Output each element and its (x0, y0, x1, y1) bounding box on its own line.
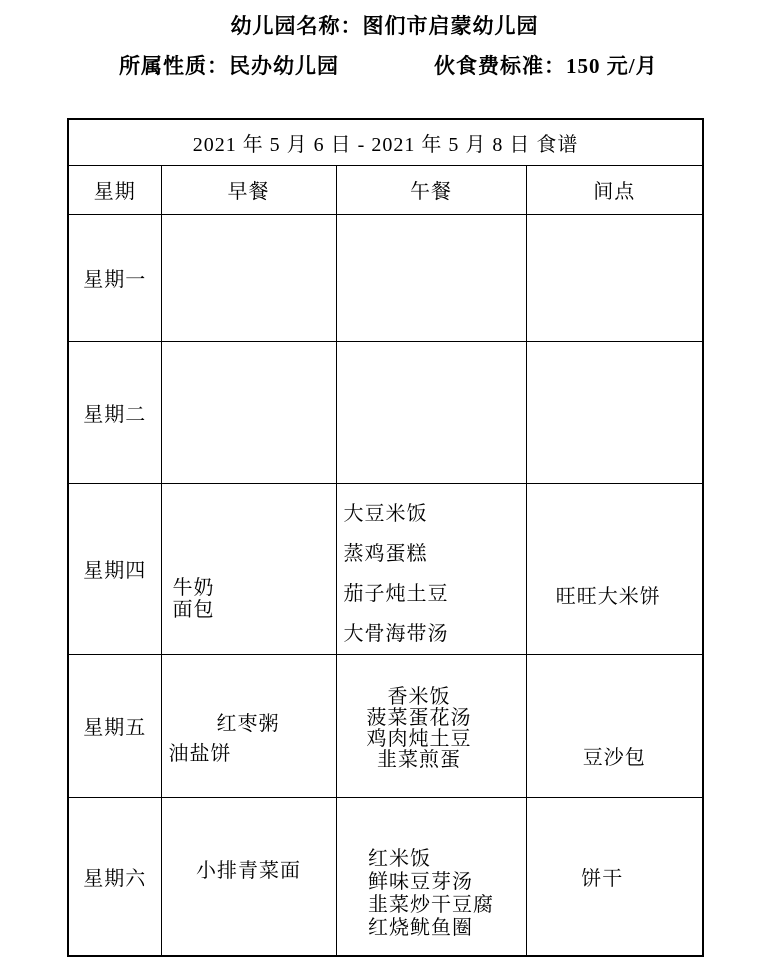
menu-item: 韭菜煎蛋 (336, 750, 514, 771)
snack-cell-monday (526, 214, 703, 341)
breakfast-cell-saturday: 小排青菜面 (161, 797, 336, 956)
table-row-thursday: 星期四 牛奶 面包 大豆米饭 蒸鸡蛋糕 茄子炖土豆 大骨海带汤 旺旺大米饼 (68, 483, 703, 654)
menu-item: 韭菜炒干豆腐 (368, 894, 494, 917)
ownership-nature-line: 所属性质：民办幼儿园 (119, 53, 339, 79)
menu-item: 红烧鱿鱼圈 (368, 917, 494, 940)
breakfast-cell-tuesday (161, 341, 336, 483)
breakfast-cell-friday: 红枣粥 油盐饼 (161, 654, 336, 797)
menu-item: 鸡肉炖土豆 (336, 729, 514, 750)
menu-date-title: 2021 年 5 月 6 日 - 2021 年 5 月 8 日 食谱 (68, 119, 703, 165)
lunch-cell-monday (336, 214, 526, 341)
table-header-row: 星期 早餐 午餐 间点 (68, 165, 703, 214)
snack-cell-thursday: 旺旺大米饼 (526, 483, 703, 654)
breakfast-items-friday: 红枣粥 油盐饼 (162, 683, 336, 769)
table-row-friday: 星期五 红枣粥 油盐饼 香米饭 菠菜蛋花汤 鸡肉炖土豆 韭菜煎蛋 豆沙包 (68, 654, 703, 797)
snack-item-friday: 豆沙包 (527, 682, 703, 770)
breakfast-cell-monday (161, 214, 336, 341)
day-label-friday: 星期五 (68, 654, 161, 797)
lunch-items-friday: 香米饭 菠菜蛋花汤 鸡肉炖土豆 韭菜煎蛋 (336, 680, 514, 771)
table-row-monday: 星期一 (68, 214, 703, 341)
table-row-saturday: 星期六 小排青菜面 红米饭 鲜味豆芽汤 韭菜炒干豆腐 红烧鱿鱼圈 饼干 (68, 797, 703, 956)
breakfast-items-thursday: 牛奶 面包 (162, 517, 336, 621)
table-title-row: 2021 年 5 月 6 日 - 2021 年 5 月 8 日 食谱 (68, 119, 703, 165)
lunch-cell-tuesday (336, 341, 526, 483)
snack-cell-tuesday (526, 341, 703, 483)
menu-item: 红枣粥 (217, 709, 336, 739)
day-label-tuesday: 星期二 (68, 341, 161, 483)
snack-cell-saturday: 饼干 (526, 797, 703, 956)
menu-table: 2021 年 5 月 6 日 - 2021 年 5 月 8 日 食谱 星期 早餐… (67, 118, 704, 957)
breakfast-cell-thursday: 牛奶 面包 (161, 483, 336, 654)
column-header-breakfast: 早餐 (161, 165, 336, 214)
menu-item: 面包 (173, 599, 336, 621)
snack-item-saturday: 饼干 (526, 862, 690, 891)
lunch-items-block: 红米饭 鲜味豆芽汤 韭菜炒干豆腐 红烧鱿鱼圈 (368, 848, 494, 940)
column-header-lunch: 午餐 (336, 165, 526, 214)
menu-item: 菠菜蛋花汤 (336, 708, 514, 729)
lunch-items-saturday: 红米饭 鲜味豆芽汤 韭菜炒干豆腐 红烧鱿鱼圈 (337, 812, 526, 940)
document-page: 幼儿园名称：图们市启蒙幼儿园 所属性质：民办幼儿园 伙食费标准：150 元/月 … (0, 0, 769, 961)
menu-item: 油盐饼 (169, 739, 336, 769)
day-label-saturday: 星期六 (68, 797, 161, 956)
day-label-monday: 星期一 (68, 214, 161, 341)
menu-item: 红米饭 (368, 848, 494, 871)
menu-item: 香米饭 (336, 687, 514, 708)
column-header-snack: 间点 (526, 165, 703, 214)
menu-item: 鲜味豆芽汤 (368, 871, 494, 894)
lunch-cell-thursday: 大豆米饭 蒸鸡蛋糕 茄子炖土豆 大骨海带汤 (336, 483, 526, 654)
lunch-items-thursday: 大豆米饭 蒸鸡蛋糕 茄子炖土豆 大骨海带汤 (337, 484, 526, 654)
day-label-thursday: 星期四 (68, 483, 161, 654)
menu-item: 大豆米饭 (344, 494, 526, 534)
snack-cell-friday: 豆沙包 (526, 654, 703, 797)
menu-item: 蒸鸡蛋糕 (344, 534, 526, 574)
column-header-day: 星期 (68, 165, 161, 214)
breakfast-items-saturday: 小排青菜面 (162, 854, 336, 883)
menu-item: 茄子炖土豆 (344, 574, 526, 614)
meal-fee-line: 伙食费标准：150 元/月 (434, 53, 658, 79)
lunch-cell-friday: 香米饭 菠菜蛋花汤 鸡肉炖土豆 韭菜煎蛋 (336, 654, 526, 797)
snack-item-thursday: 旺旺大米饼 (526, 529, 696, 609)
lunch-cell-saturday: 红米饭 鲜味豆芽汤 韭菜炒干豆腐 红烧鱿鱼圈 (336, 797, 526, 956)
menu-item: 小排青菜面 (162, 854, 336, 883)
kindergarten-name-line: 幼儿园名称：图们市启蒙幼儿园 (0, 13, 769, 39)
menu-item: 牛奶 (173, 577, 336, 599)
menu-item: 大骨海带汤 (344, 614, 526, 654)
table-row-tuesday: 星期二 (68, 341, 703, 483)
